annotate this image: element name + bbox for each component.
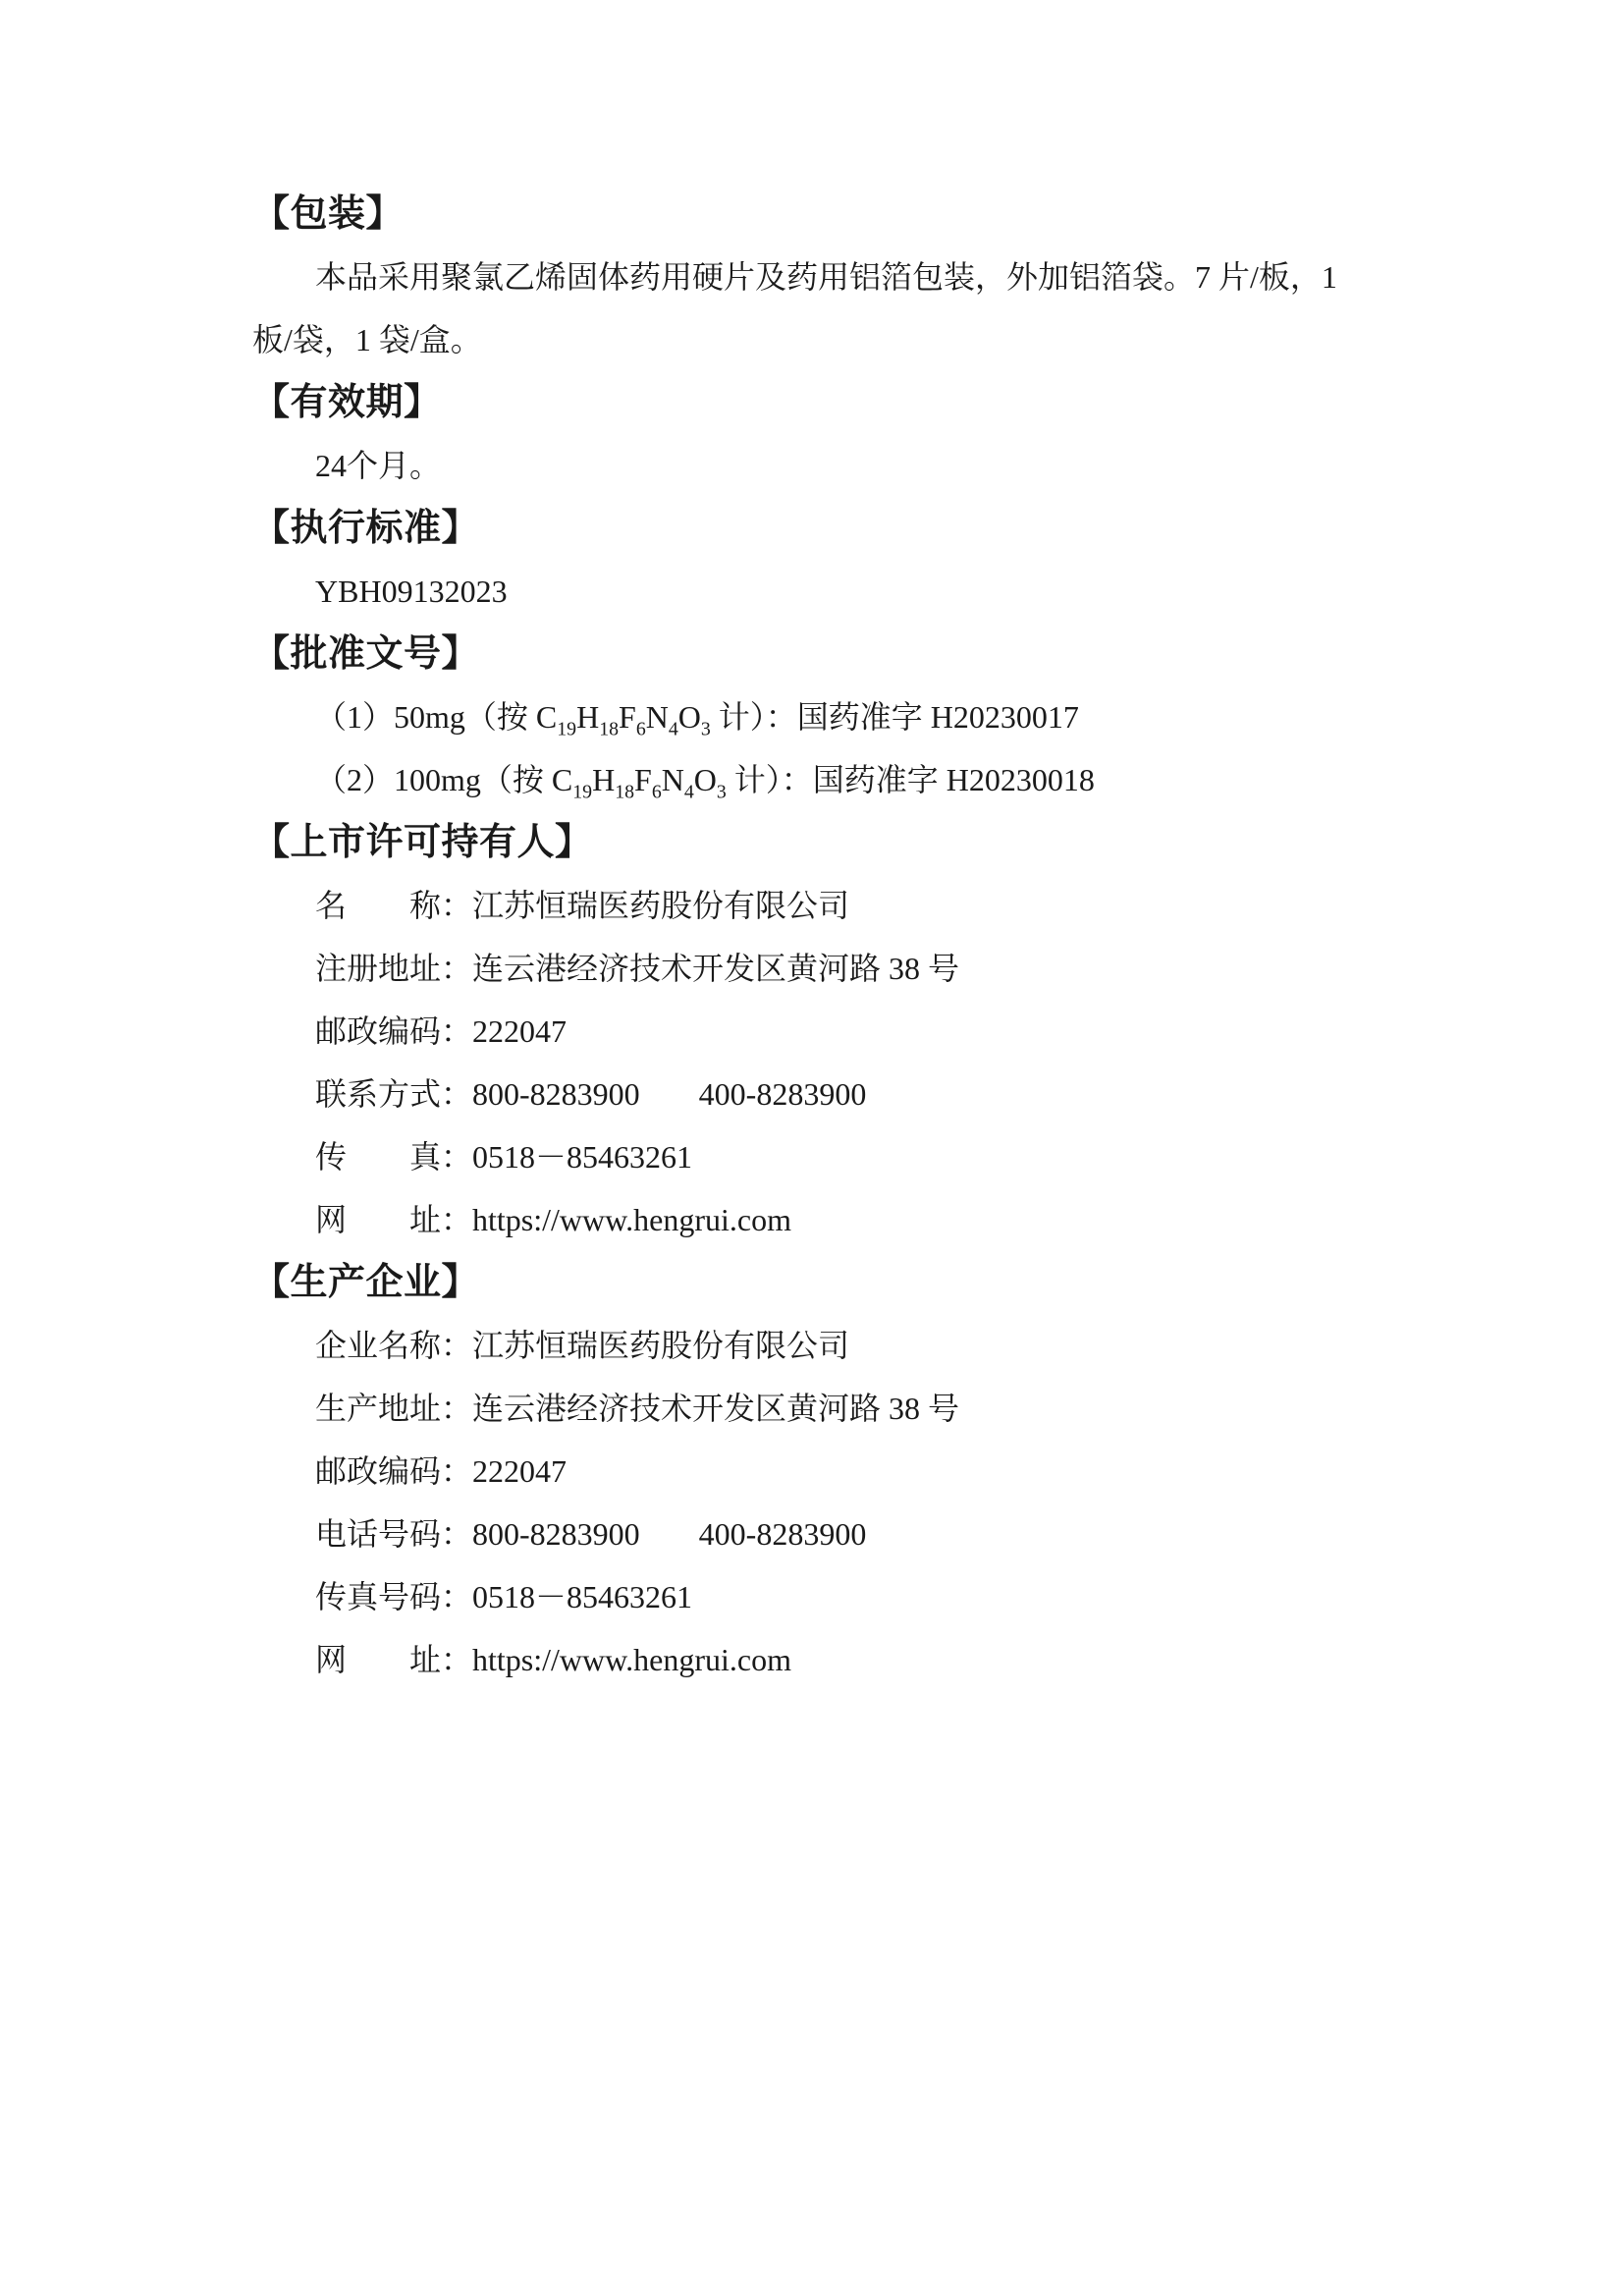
- field-label: 网 址：: [315, 1202, 472, 1237]
- section-heading-standard: 【执行标准】: [252, 497, 1381, 560]
- field-value: 江苏恒瑞医药股份有限公司: [472, 1328, 849, 1363]
- holder-row-website: 网 址：https://www.hengrui.com: [252, 1188, 1381, 1251]
- approval-item-2-prefix: （2）100mg（按: [315, 762, 552, 797]
- manufacturer-row-postal-code: 邮政编码：222047: [252, 1440, 1381, 1503]
- manufacturer-row-production-address: 生产地址：连云港经济技术开发区黄河路 38 号: [252, 1377, 1381, 1440]
- approval-item-2: （2）100mg（按 C19H18F6N4O3 计）：国药准字 H2023001…: [252, 748, 1381, 811]
- field-value: 222047: [472, 1453, 567, 1489]
- holder-row-contact: 联系方式：800-8283900400-8283900: [252, 1063, 1381, 1125]
- manufacturer-row-fax: 传真号码：0518－85463261: [252, 1565, 1381, 1628]
- field-label: 电话号码：: [315, 1516, 472, 1552]
- chemical-formula-icon: C19H18F6N4O3: [552, 762, 727, 797]
- holder-row-name: 名 称：江苏恒瑞医药股份有限公司: [252, 874, 1381, 937]
- document-content: 【包装】 本品采用聚氯乙烯固体药用硬片及药用铝箔包装，外加铝箔袋。7 片/板，1…: [252, 183, 1381, 1691]
- field-value: 连云港经济技术开发区黄河路 38 号: [472, 1391, 959, 1426]
- section-heading-holder: 【上市许可持有人】: [252, 811, 1381, 874]
- field-value: 0518－85463261: [472, 1139, 692, 1175]
- field-value-secondary: 400-8283900: [699, 1076, 867, 1112]
- website-url: https://www.hengrui.com: [472, 1202, 791, 1237]
- document-page: 【包装】 本品采用聚氯乙烯固体药用硬片及药用铝箔包装，外加铝箔袋。7 片/板，1…: [0, 0, 1623, 2296]
- field-value: 800-8283900: [472, 1516, 640, 1552]
- standard-value: YBH09132023: [252, 560, 1381, 623]
- field-value-secondary: 400-8283900: [699, 1516, 867, 1552]
- field-value: 222047: [472, 1013, 567, 1049]
- manufacturer-row-name: 企业名称：江苏恒瑞医药股份有限公司: [252, 1314, 1381, 1377]
- field-label: 生产地址：: [315, 1391, 472, 1426]
- field-label: 网 址：: [315, 1642, 472, 1677]
- approval-item-1-suffix: 计）：国药准字 H20230017: [711, 699, 1079, 735]
- manufacturer-row-phone: 电话号码：800-8283900400-8283900: [252, 1503, 1381, 1565]
- field-label: 注册地址：: [315, 951, 472, 986]
- approval-item-1-prefix: （1）50mg（按: [315, 699, 536, 735]
- field-label: 邮政编码：: [315, 1453, 472, 1489]
- field-label: 传真号码：: [315, 1579, 472, 1614]
- field-label: 邮政编码：: [315, 1013, 472, 1049]
- packaging-paragraph-line1: 本品采用聚氯乙烯固体药用硬片及药用铝箔包装，外加铝箔袋。7 片/板，1: [252, 246, 1381, 308]
- website-url: https://www.hengrui.com: [472, 1642, 791, 1677]
- field-value: 800-8283900: [472, 1076, 640, 1112]
- manufacturer-row-website: 网 址：https://www.hengrui.com: [252, 1628, 1381, 1691]
- field-label: 传 真：: [315, 1139, 472, 1175]
- field-value: 连云港经济技术开发区黄河路 38 号: [472, 951, 959, 986]
- section-heading-approval: 【批准文号】: [252, 623, 1381, 685]
- approval-item-1: （1）50mg（按 C19H18F6N4O3 计）：国药准字 H20230017: [252, 685, 1381, 748]
- section-heading-packaging: 【包装】: [252, 183, 1381, 246]
- field-value: 江苏恒瑞医药股份有限公司: [472, 888, 849, 923]
- holder-row-registered-address: 注册地址：连云港经济技术开发区黄河路 38 号: [252, 937, 1381, 1000]
- section-heading-manufacturer: 【生产企业】: [252, 1251, 1381, 1314]
- field-label: 名 称：: [315, 888, 472, 923]
- section-heading-validity: 【有效期】: [252, 371, 1381, 434]
- field-value: 0518－85463261: [472, 1579, 692, 1614]
- chemical-formula-icon: C19H18F6N4O3: [536, 699, 711, 735]
- field-label: 企业名称：: [315, 1328, 472, 1363]
- field-label: 联系方式：: [315, 1076, 472, 1112]
- holder-row-postal-code: 邮政编码：222047: [252, 1000, 1381, 1063]
- approval-item-2-suffix: 计）：国药准字 H20230018: [727, 762, 1095, 797]
- packaging-paragraph-line2: 板/袋，1 袋/盒。: [252, 308, 1381, 371]
- validity-value: 24个月。: [252, 434, 1381, 497]
- holder-row-fax: 传 真：0518－85463261: [252, 1125, 1381, 1188]
